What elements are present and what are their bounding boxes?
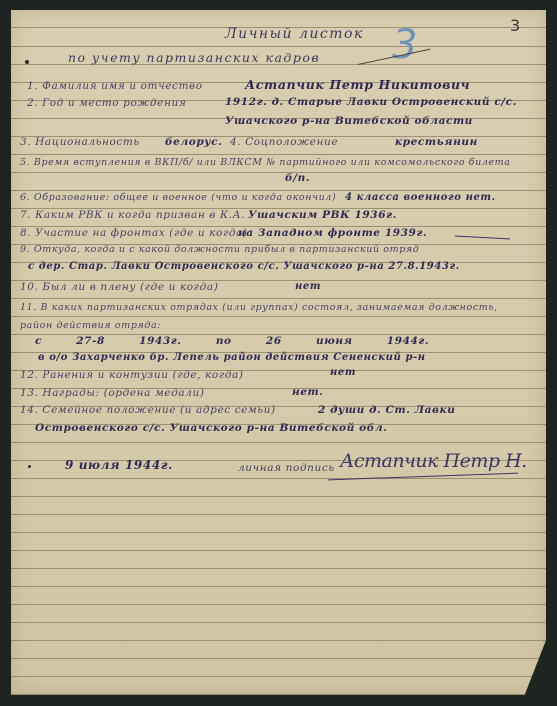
field-value-front: на Западном фронте 1939г. <box>238 227 427 239</box>
field-value-family: 2 души д. Ст. Лавки <box>318 404 455 416</box>
page-number: 3 <box>510 16 520 35</box>
field-label-name: 1. Фамилия имя и отчество <box>27 80 203 92</box>
document-date: 9 июля 1944г. <box>65 458 173 472</box>
field-label-captivity: 10. Был ли в плену (где и когда) <box>20 281 218 293</box>
field-label-awards: 13. Награды: (ордена медали) <box>20 387 205 399</box>
document-subtitle: по учету партизанских кадров <box>68 50 320 65</box>
field-value-wounds: нет <box>330 367 356 378</box>
signature-label: личная подпись <box>238 462 335 474</box>
field-label-family: 14. Семейное положение (и адрес семьи) <box>20 404 276 416</box>
field-value-education: 4 класса военного нет. <box>345 192 496 203</box>
field-value-conscription: Ушачским РВК 1936г. <box>248 209 397 221</box>
field-value-captivity: нет <box>295 281 321 292</box>
document-title: Личный листок <box>225 26 364 42</box>
field-label-units: 11. В каких партизанских отрядах (или гр… <box>20 299 510 335</box>
field-value-birth: 1912г. д. Старые Лавки Островенский с/с. <box>225 96 517 108</box>
field-value-units-period: с 27-8 1943г. по 26 июня 1944г. <box>35 335 429 347</box>
field-label-education: 6. Образование: общее и военное (что и к… <box>20 192 336 203</box>
field-value-awards: нет. <box>292 386 324 398</box>
field-label-birth: 2. Год и место рождения <box>27 97 186 109</box>
field-label-front: 8. Участие на фронтах (где и когда) <box>20 227 248 239</box>
field-value-party: б/п. <box>285 172 310 184</box>
signature: Астапчик Петр Н. <box>340 450 527 472</box>
field-label-arrival: 9. Откуда, когда и с какой должности при… <box>20 244 419 255</box>
field-value-arrival: с дер. Стар. Лавки Островенского с/с. Уш… <box>28 261 460 272</box>
punch-mark <box>25 60 29 64</box>
field-value-name: Астапчик Петр Никитович <box>245 77 470 92</box>
field-label-social: 4. Соцположение <box>230 136 338 148</box>
field-value-nationality: белорус. <box>165 136 222 148</box>
field-label-wounds: 12. Ранения и контузии (где, когда) <box>20 369 244 381</box>
field-label-nationality: 3. Национальность <box>20 136 140 148</box>
field-value-social: крестьянин <box>395 136 478 148</box>
field-value-units-detail: в о/о Захарченко бр. Лепель район действ… <box>38 352 426 363</box>
archive-mark: 3 <box>392 22 417 68</box>
punch-mark-2 <box>28 465 31 468</box>
field-label-conscription: 7. Каким РВК и когда призван в К.А. <box>20 209 245 221</box>
field-value-birth-region: Ушачского р-на Витебской области <box>225 115 473 127</box>
field-label-party: 5. Время вступления в ВКП/б/ или ВЛКСМ №… <box>20 154 520 172</box>
field-value-family-address: Островенского с/с. Ушачского р-на Витебс… <box>35 422 387 434</box>
